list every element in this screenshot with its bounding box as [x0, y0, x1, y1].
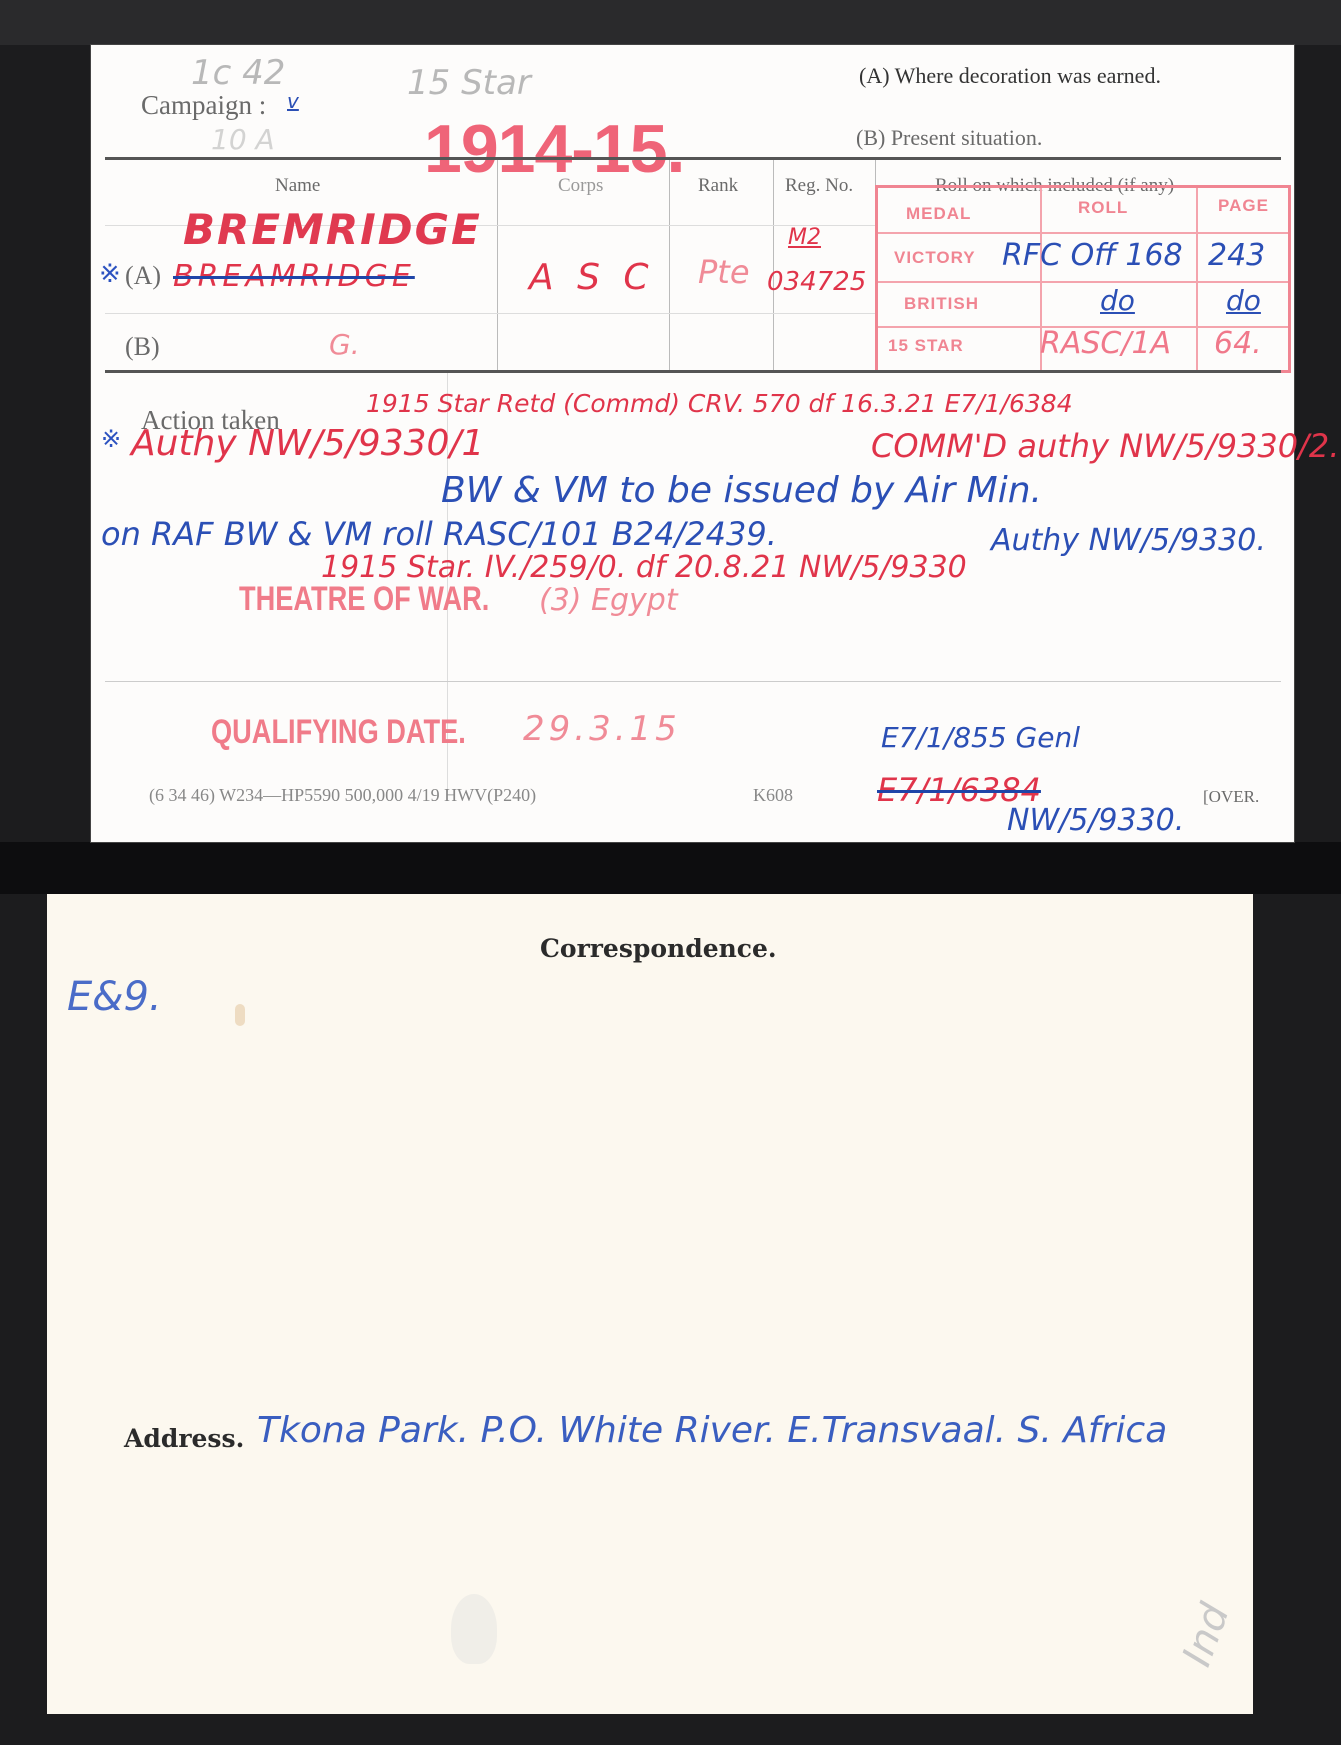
roll-header-medal: MEDAL — [906, 204, 971, 224]
ref-blue-top: E7/1/855 Genl — [881, 721, 1080, 754]
column-divider — [773, 160, 774, 372]
header-reg-no: Reg. No. — [785, 175, 853, 197]
action-blue-line-2: on RAF BW & VM roll RASC/101 B24/2439. — [101, 515, 777, 553]
reg-no-prefix: M2 — [788, 225, 821, 250]
paper-stain — [235, 1004, 245, 1026]
address-value: Tkona Park. P.O. White River. E.Transvaa… — [257, 1410, 1167, 1451]
scanner-separator — [0, 842, 1341, 894]
print-code: (6 34 46) W234—HP5590 500,000 4/19 HWV(P… — [149, 785, 536, 806]
table-bottom-rule — [105, 370, 1281, 373]
legend-b: (B) Present situation. — [856, 125, 1042, 151]
page-value-victory: 243 — [1208, 238, 1265, 273]
row-a-label: (A) — [125, 261, 161, 291]
campaign-label: Campaign : — [141, 90, 266, 121]
asterisk-marker-action: ※ — [101, 425, 121, 454]
qualifying-date-stamp: QUALIFYING DATE. — [211, 713, 466, 752]
action-red-line-1: 1915 Star Retd (Commd) CRV. 570 df 16.3.… — [366, 389, 1073, 418]
legend-a: (A) Where decoration was earned. — [859, 63, 1161, 89]
ref-blue-bottom: NW/5/9330. — [1007, 803, 1184, 838]
header-name: Name — [275, 175, 320, 197]
column-divider — [669, 160, 670, 372]
rank-value: Pte — [698, 253, 750, 291]
paper-watermark — [451, 1594, 497, 1664]
theatre-of-war-value: (3) Egypt — [539, 583, 678, 618]
row-b-label: (B) — [125, 332, 160, 362]
medal-card-back: Correspondence. E&9. Address. Tkona Park… — [47, 894, 1253, 1714]
header-rank: Rank — [698, 175, 738, 197]
address-label: Address. — [124, 1424, 244, 1453]
row-line — [105, 313, 875, 314]
initial-value: G. — [329, 328, 360, 361]
theatre-of-war-stamp: THEATRE OF WAR. — [239, 580, 489, 619]
corner-note: E&9. — [67, 974, 162, 1020]
pencil-note-15-star: 15 Star — [407, 63, 531, 103]
roll-header-page: PAGE — [1218, 196, 1269, 216]
roll-value-british: do — [1100, 284, 1135, 317]
column-divider — [497, 160, 498, 372]
action-blue-line-3: Authy NW/5/9330. — [991, 523, 1266, 558]
roll-medal-15-star: 15 STAR — [888, 336, 964, 356]
roll-value-victory: RFC Off 168 — [1002, 238, 1183, 273]
page-value-15-star: 64. — [1214, 326, 1262, 361]
roll-value-15-star: RASC/1A — [1040, 326, 1171, 361]
campaign-mark: v — [287, 89, 299, 113]
roll-header-roll: ROLL — [1078, 198, 1128, 218]
name-corrected: BREMRIDGE — [183, 205, 482, 254]
pencil-initials: Ind — [1174, 1598, 1239, 1673]
roll-medal-victory: VICTORY — [894, 248, 976, 268]
qualifying-rule — [105, 681, 1281, 682]
page-value-british: do — [1226, 284, 1261, 317]
header-corps: Corps — [558, 175, 603, 197]
campaign-year-stamp: 1914-15. — [424, 110, 684, 188]
correspondence-heading: Correspondence. — [540, 934, 777, 963]
roll-stamp: MEDAL ROLL PAGE VICTORY RFC Off 168 243 … — [875, 185, 1291, 373]
medal-card-front: 1c 42 10 A 15 Star Campaign : v 1914-15.… — [91, 45, 1294, 842]
name-original-struck: BREAMRIDGE — [173, 259, 415, 294]
action-red-line-3: COMM'D authy NW/5/9330/2. — [871, 427, 1339, 465]
pencil-note-below-campaign: 10 A — [211, 123, 275, 156]
qualifying-date-value: 29.3.15 — [523, 709, 681, 749]
scanner-background-top — [0, 0, 1341, 45]
corps-value: A S C — [529, 257, 655, 298]
action-blue-line-1: BW & VM to be issued by Air Min. — [441, 470, 1042, 511]
action-red-line-2: Authy NW/5/9330/1 — [131, 423, 484, 464]
pencil-note-top-left: 1c 42 — [191, 53, 285, 93]
asterisk-marker-a: ※ — [99, 259, 121, 289]
reg-no-value: 034725 — [767, 267, 866, 297]
over-indicator: [OVER. — [1203, 787, 1259, 807]
header-rule — [105, 157, 1281, 160]
roll-medal-british: BRITISH — [904, 294, 979, 314]
form-number: K608 — [753, 785, 793, 806]
